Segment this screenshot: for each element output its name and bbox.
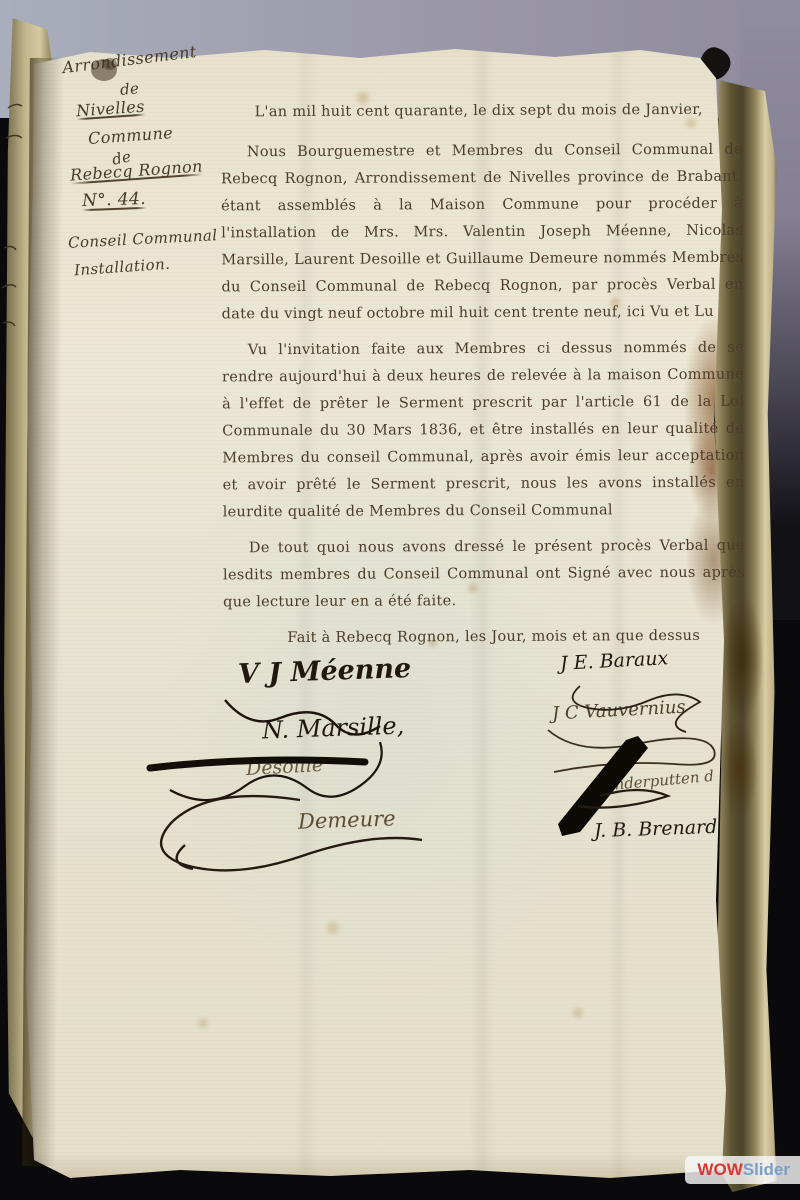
margin-number: N°. 44.	[82, 189, 147, 211]
signature-meenne: V J Méenne	[238, 653, 412, 690]
signature-marsille: N. Marsille,	[262, 712, 405, 745]
signature-demeure: Demeure	[298, 806, 396, 833]
margin-de-1: de	[119, 79, 140, 99]
deed-text-block: L'an mil huit cent quarante, le dix sept…	[221, 97, 746, 662]
signature-desoille: Desoille	[245, 754, 323, 780]
watermark-wow-text: WOW	[697, 1160, 742, 1179]
deed-paragraph-2: Vu l'invitation faite aux Membres ci des…	[222, 335, 745, 527]
deed-opening-line: L'an mil huit cent quarante, le dix sept…	[221, 97, 743, 127]
watermark-slider-text: Slider	[743, 1160, 790, 1179]
signature-brenard: J. B. Brenard	[594, 816, 718, 842]
deed-paragraph-1: Nous Bourguemestre et Membres du Conseil…	[221, 137, 744, 329]
foxing-spots	[0, 0, 6, 6]
wowslider-watermark[interactable]: WOWSlider	[685, 1156, 800, 1184]
archival-photo: Arrondissement de Nivelles Commune de Re…	[0, 0, 800, 1200]
deed-paragraph-3: De tout quoi nous avons dressé le présen…	[223, 533, 745, 617]
